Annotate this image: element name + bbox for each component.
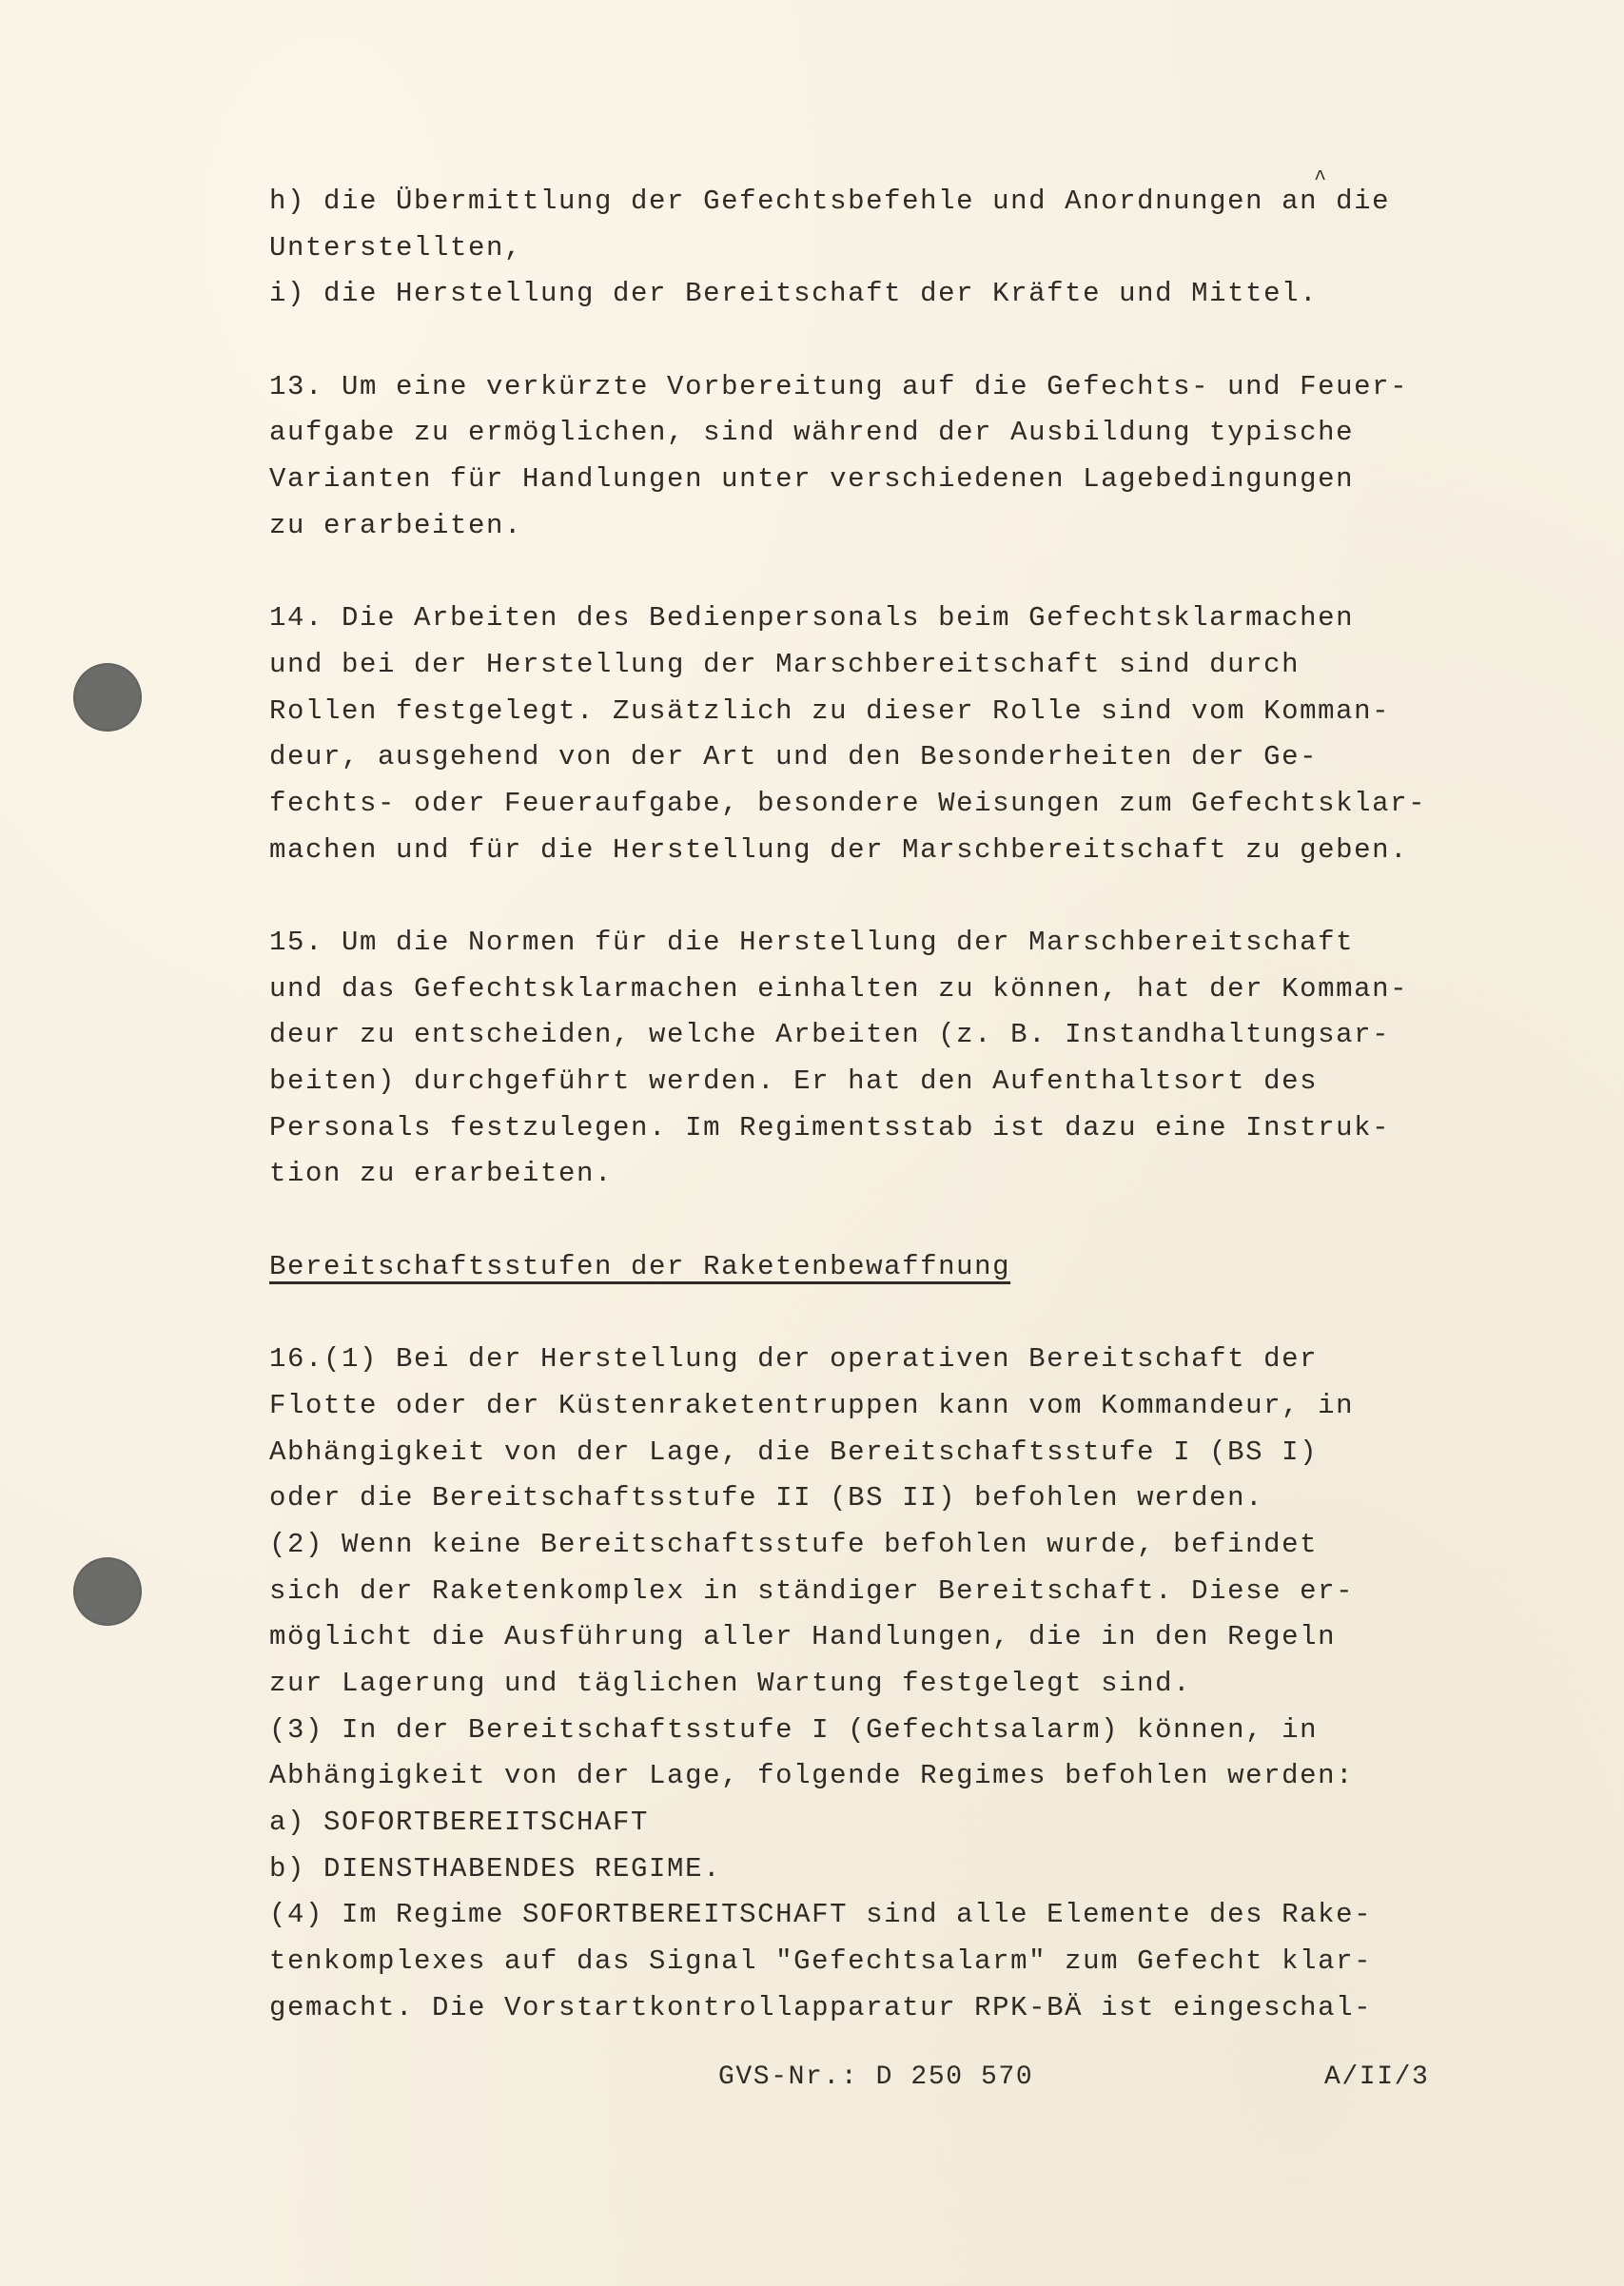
paragraph-14: 14. Die Arbeiten des Bedienpersonals bei… [269, 596, 1525, 873]
paragraph-spacer [269, 873, 1525, 920]
text-line: und bei der Herstellung der Marschbereit… [269, 649, 1300, 680]
line: tion zu erarbeiten. [269, 1151, 1525, 1198]
text-line: beiten) durchgeführt werden. Er hat den … [269, 1065, 1318, 1097]
line: zur Lagerung und täglichen Wartung festg… [269, 1661, 1525, 1708]
paragraph-spacer [269, 318, 1525, 364]
text-line: oder die Bereitschaftsstufe II (BS II) b… [269, 1482, 1263, 1514]
line: 13. Um eine verkürzte Vorbereitung auf d… [269, 364, 1525, 411]
paragraph-spacer [269, 1291, 1525, 1338]
document-page: ^ h) die Übermittlung der Gefechtsbefehl… [0, 0, 1624, 2286]
line: Unterstellten, [269, 225, 1525, 272]
text-line: 16.(1) Bei der Herstellung der operative… [269, 1343, 1318, 1375]
text-line: Personals festzulegen. Im Regimentsstab … [269, 1112, 1390, 1143]
text-line: (3) In der Bereitschaftsstufe I (Gefecht… [269, 1714, 1318, 1746]
text-line: machen und für die Herstellung der Marsc… [269, 834, 1408, 866]
line: 15. Um die Normen für die Herstellung de… [269, 920, 1525, 967]
line: h) die Übermittlung der Gefechtsbefehle … [269, 179, 1525, 225]
text-line: Varianten für Handlungen unter verschied… [269, 463, 1354, 495]
line: (2) Wenn keine Bereitschaftsstufe befohl… [269, 1522, 1525, 1569]
text-line: zu erarbeiten. [269, 510, 522, 541]
text-line: zur Lagerung und täglichen Wartung festg… [269, 1668, 1191, 1699]
page-reference: A/II/3 [1324, 2062, 1429, 2092]
line: a) SOFORTBEREITSCHAFT [269, 1800, 1525, 1846]
paragraph-spacer [269, 550, 1525, 596]
line: aufgabe zu ermöglichen, sind während der… [269, 410, 1525, 457]
text-line: (2) Wenn keine Bereitschaftsstufe befohl… [269, 1529, 1318, 1560]
heading-text: Bereitschaftsstufen der Raketenbewaffnun… [269, 1251, 1010, 1282]
line: deur zu entscheiden, welche Arbeiten (z.… [269, 1012, 1525, 1059]
text-line: b) DIENSTHABENDES REGIME. [269, 1853, 721, 1885]
text-line: gemacht. Die Vorstartkontrollapparatur R… [269, 1992, 1372, 2023]
text-line: möglicht die Ausführung aller Handlungen… [269, 1621, 1336, 1652]
line: gemacht. Die Vorstartkontrollapparatur R… [269, 1985, 1525, 2032]
line: Flotte oder der Küstenraketentruppen kan… [269, 1383, 1525, 1430]
line: i) die Herstellung der Bereitschaft der … [269, 271, 1525, 318]
text-line: 14. Die Arbeiten des Bedienpersonals bei… [269, 602, 1354, 634]
paragraph-spacer [269, 1198, 1525, 1244]
line: (3) In der Bereitschaftsstufe I (Gefecht… [269, 1708, 1525, 1754]
text-line: i) die Herstellung der Bereitschaft der … [269, 278, 1318, 309]
line: zu erarbeiten. [269, 503, 1525, 550]
text-line: h) die Übermittlung der Gefechtsbefehle … [269, 186, 1390, 217]
line: machen und für die Herstellung der Marsc… [269, 828, 1525, 874]
section-heading: Bereitschaftsstufen der Raketenbewaffnun… [269, 1244, 1525, 1291]
text-line: Unterstellten, [269, 232, 522, 264]
paragraph-15: 15. Um die Normen für die Herstellung de… [269, 920, 1525, 1198]
text-line: deur, ausgehend von der Art und den Beso… [269, 741, 1318, 772]
line: 14. Die Arbeiten des Bedienpersonals bei… [269, 596, 1525, 642]
paragraph-13: 13. Um eine verkürzte Vorbereitung auf d… [269, 364, 1525, 550]
punch-hole-top [73, 663, 142, 732]
text-line: (4) Im Regime SOFORTBEREITSCHAFT sind al… [269, 1899, 1372, 1930]
text-line: tion zu erarbeiten. [269, 1158, 613, 1189]
line: Bereitschaftsstufen der Raketenbewaffnun… [269, 1244, 1525, 1291]
text-line: tenkomplexes auf das Signal "Gefechtsala… [269, 1945, 1372, 1977]
text-line: deur zu entscheiden, welche Arbeiten (z.… [269, 1019, 1390, 1050]
text-line: aufgabe zu ermöglichen, sind während der… [269, 417, 1354, 448]
text-line: und das Gefechtsklarmachen einhalten zu … [269, 973, 1408, 1005]
text-line: a) SOFORTBEREITSCHAFT [269, 1807, 649, 1838]
text-line: 13. Um eine verkürzte Vorbereitung auf d… [269, 371, 1408, 402]
line: tenkomplexes auf das Signal "Gefechtsala… [269, 1939, 1525, 1985]
line: b) DIENSTHABENDES REGIME. [269, 1846, 1525, 1893]
line: oder die Bereitschaftsstufe II (BS II) b… [269, 1475, 1525, 1522]
line: fechts- oder Feueraufgabe, besondere Wei… [269, 781, 1525, 828]
paragraph-16: 16.(1) Bei der Herstellung der operative… [269, 1337, 1525, 2031]
text-line: Rollen festgelegt. Zusätzlich zu dieser … [269, 695, 1390, 727]
line: Abhängigkeit von der Lage, die Bereitsch… [269, 1430, 1525, 1476]
line: beiten) durchgeführt werden. Er hat den … [269, 1059, 1525, 1105]
line: Abhängigkeit von der Lage, folgende Regi… [269, 1753, 1525, 1800]
document-body: h) die Übermittlung der Gefechtsbefehle … [269, 179, 1525, 2032]
text-line: Abhängigkeit von der Lage, folgende Regi… [269, 1760, 1354, 1791]
list-item-h-i: h) die Übermittlung der Gefechtsbefehle … [269, 179, 1525, 318]
line: 16.(1) Bei der Herstellung der operative… [269, 1337, 1525, 1383]
punch-hole-bottom [73, 1557, 142, 1626]
text-line: Abhängigkeit von der Lage, die Bereitsch… [269, 1436, 1318, 1468]
classification-number: GVS-Nr.: D 250 570 [718, 2062, 1033, 2092]
line: möglicht die Ausführung aller Handlungen… [269, 1614, 1525, 1661]
line: Varianten für Handlungen unter verschied… [269, 457, 1525, 503]
text-line: 15. Um die Normen für die Herstellung de… [269, 927, 1354, 958]
line: und das Gefechtsklarmachen einhalten zu … [269, 967, 1525, 1013]
line: sich der Raketenkomplex in ständiger Ber… [269, 1569, 1525, 1615]
line: deur, ausgehend von der Art und den Beso… [269, 734, 1525, 781]
text-line: fechts- oder Feueraufgabe, besondere Wei… [269, 788, 1426, 819]
text-line: sich der Raketenkomplex in ständiger Ber… [269, 1575, 1354, 1607]
line: und bei der Herstellung der Marschbereit… [269, 642, 1525, 689]
line: (4) Im Regime SOFORTBEREITSCHAFT sind al… [269, 1892, 1525, 1939]
line: Rollen festgelegt. Zusätzlich zu dieser … [269, 689, 1525, 735]
text-line: Flotte oder der Küstenraketentruppen kan… [269, 1390, 1354, 1421]
line: Personals festzulegen. Im Regimentsstab … [269, 1105, 1525, 1152]
